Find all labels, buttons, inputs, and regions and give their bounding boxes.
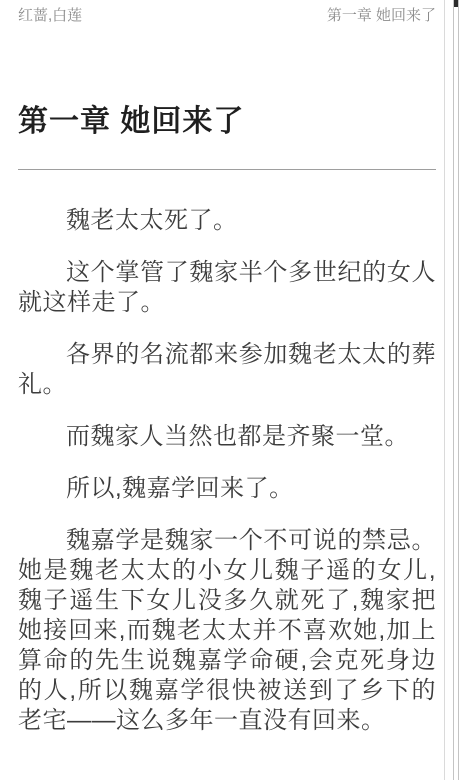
scrollbar-thumb[interactable] [454,0,458,7]
chapter-title: 第一章 她回来了 [18,101,436,143]
paragraph: 而魏家人当然也都是齐聚一堂。 [18,422,436,452]
paragraph: 这个掌管了魏家半个多世纪的女人就这样走了。 [18,258,436,318]
chapter-body: 魏老太太死了。这个掌管了魏家半个多世纪的女人就这样走了。各界的名流都来参加魏老太… [18,206,436,736]
book-title-label: 红蔷,白莲 [18,6,82,26]
paragraph: 所以,魏嘉学回来了。 [18,474,436,504]
chapter-header-label: 第一章 她回来了 [327,6,436,26]
reader-page: 红蔷,白莲 第一章 她回来了 第一章 她回来了 魏老太太死了。这个掌管了魏家半个… [0,0,461,780]
running-header: 红蔷,白莲 第一章 她回来了 [18,6,436,26]
title-divider [18,169,436,170]
scrollbar-track[interactable] [453,0,459,780]
paragraph: 各界的名流都来参加魏老太太的葬礼。 [18,340,436,400]
paragraph: 魏老太太死了。 [18,206,436,236]
reading-area: 红蔷,白莲 第一章 她回来了 第一章 她回来了 魏老太太死了。这个掌管了魏家半个… [0,0,445,780]
paragraph: 魏嘉学是魏家一个不可说的禁忌。她是魏老太太的小女儿魏子遥的女儿,魏子遥生下女儿没… [18,526,436,736]
